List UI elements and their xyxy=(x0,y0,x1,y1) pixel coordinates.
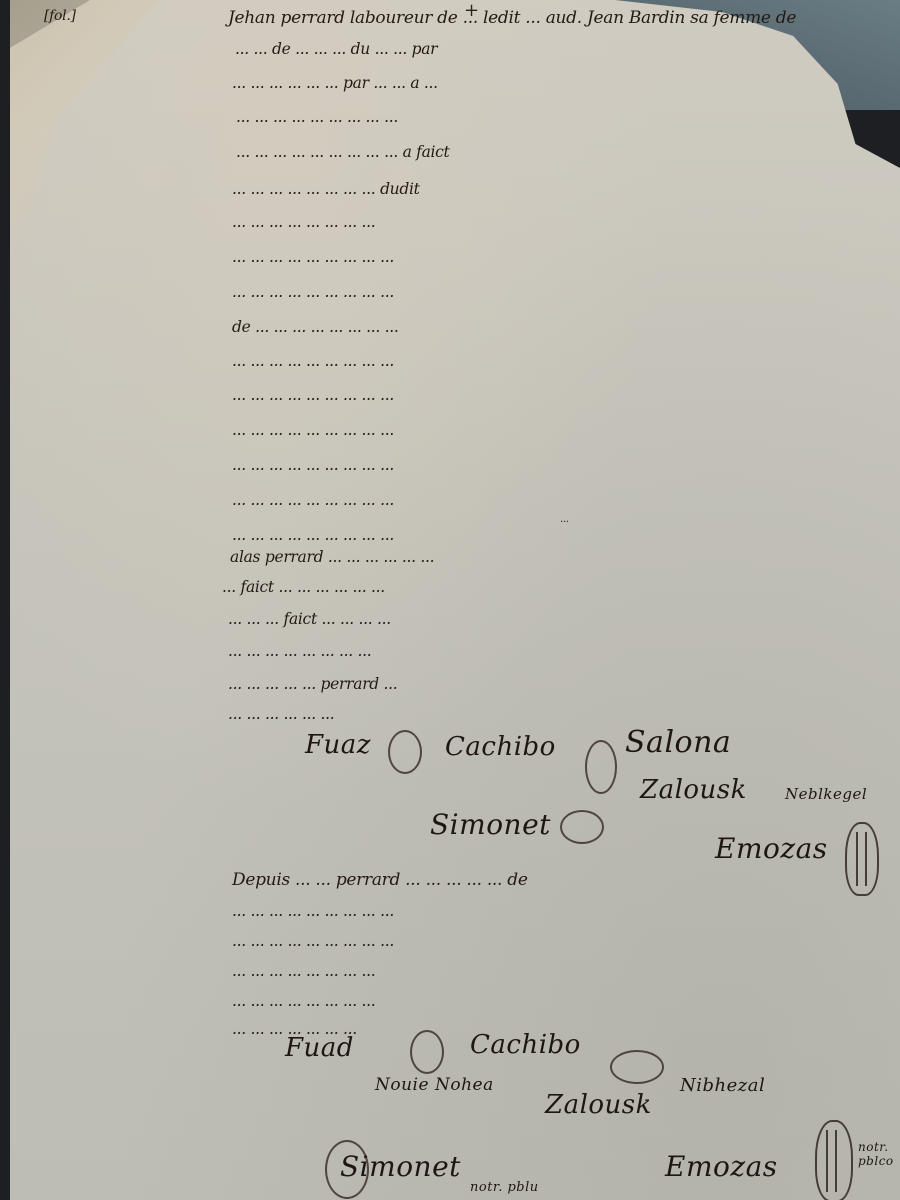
signature: Fuaz xyxy=(305,730,371,760)
text-line: de ... ... ... ... ... ... ... ... xyxy=(232,318,399,336)
text-line: ... ... ... ... ... ... par ... ... a ..… xyxy=(232,74,438,92)
text-line: ... ... de ... ... ... du ... ... par xyxy=(235,40,437,58)
signature: Fuad xyxy=(285,1033,354,1063)
interlinear-note: ... xyxy=(560,514,569,525)
signature: Neblkegel xyxy=(785,785,867,803)
signature: Nouie Nohea xyxy=(375,1075,494,1095)
signature: Emozas xyxy=(715,832,828,865)
signature: Cachibo xyxy=(470,1030,581,1060)
signature: Zalousk xyxy=(640,775,747,805)
text-line: ... ... ... ... ... ... ... ... ... xyxy=(232,526,394,544)
text-line: ... ... ... ... ... ... ... ... ... xyxy=(232,283,394,301)
text-line: ... ... ... ... ... ... ... ... ... xyxy=(232,456,394,474)
text-line: ... ... ... ... ... ... ... ... ... xyxy=(232,932,394,950)
text-line: ... ... ... ... ... ... ... ... xyxy=(232,213,375,231)
signature: Emozas xyxy=(665,1150,778,1183)
text-line: ... ... ... ... ... ... ... ... ... a fa… xyxy=(236,143,450,161)
text-line: ... ... ... ... ... ... ... ... ... xyxy=(232,248,394,266)
text-line: ... ... ... ... ... ... ... ... ... xyxy=(236,108,398,126)
text-line: ... ... ... ... ... ... ... ... ... xyxy=(232,352,394,370)
text-line: ... ... ... ... ... ... ... ... ... xyxy=(232,386,394,404)
text-line: alas perrard ... ... ... ... ... ... xyxy=(230,548,434,566)
notary-paraph xyxy=(845,822,879,896)
text-line: ... ... ... ... ... ... ... ... ... xyxy=(232,902,394,920)
text-line: ... ... ... ... ... ... ... ... ... xyxy=(232,421,394,439)
text-line: Depuis ... ... perrard ... ... ... ... .… xyxy=(232,870,528,890)
signature: notr. pblco xyxy=(858,1140,900,1168)
manuscript-page xyxy=(10,0,900,1200)
signature-flourish xyxy=(560,810,604,844)
text-line: ... ... ... ... ... ... ... ... ... xyxy=(232,491,394,509)
signature: Cachibo xyxy=(445,732,556,762)
text-line: ... ... ... ... ... ... ... ... xyxy=(232,992,375,1010)
text-line: ... ... ... ... ... ... ... ... dudit xyxy=(232,180,420,198)
notary-paraph xyxy=(815,1120,853,1200)
signature: Salona xyxy=(625,725,731,760)
signature-flourish xyxy=(325,1140,369,1199)
signature: Nibhezal xyxy=(680,1075,765,1096)
folio-corner-note: [fol.] xyxy=(44,8,76,24)
text-line: ... ... ... ... ... perrard ... xyxy=(228,675,397,693)
signature-flourish xyxy=(388,730,422,774)
text-line: ... faict ... ... ... ... ... ... xyxy=(222,578,385,596)
signature: notr. pblu xyxy=(470,1180,539,1195)
signature-flourish xyxy=(585,740,617,794)
text-line: ... ... ... ... ... ... ... ... xyxy=(232,962,375,980)
signature: Zalousk xyxy=(545,1090,652,1120)
text-line: ... ... ... ... ... ... ... ... xyxy=(228,642,371,660)
text-line: Jehan perrard laboureur de ... ledit ...… xyxy=(228,8,796,28)
signature: Simonet xyxy=(430,808,551,841)
text-line: ... ... ... ... ... ... xyxy=(228,705,334,723)
text-line: ... ... ... faict ... ... ... ... xyxy=(228,610,391,628)
signature-flourish xyxy=(610,1050,664,1084)
signature-flourish xyxy=(410,1030,444,1074)
